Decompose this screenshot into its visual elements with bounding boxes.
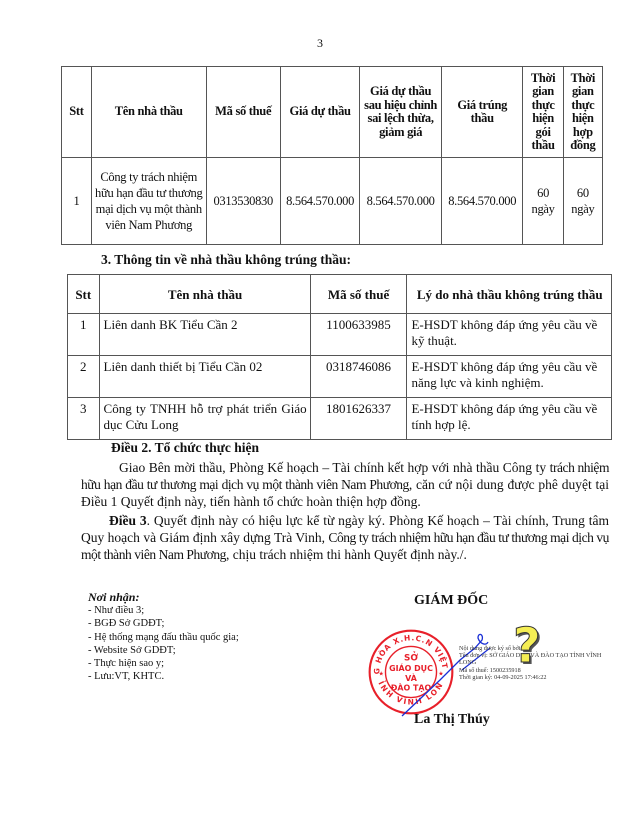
signer-name: La Thị Thúy <box>414 712 490 728</box>
col-header-winning-price: Giá trúng thầu <box>441 67 523 158</box>
col-header-name: Tên nhà thầu <box>91 67 206 158</box>
winning-bidder-table: Stt Tên nhà thầu Mã số thuế Giá dự thầu … <box>61 66 603 245</box>
recipient-item: - Hệ thống mạng đấu thầu quốc gia; <box>88 631 239 644</box>
recipients-list: Nơi nhận: - Như điều 3; - BGĐ Sở GDĐT; -… <box>88 591 239 683</box>
table-header-row: Stt Tên nhà thầu Mã số thuế Giá dự thầu … <box>62 67 603 158</box>
section-heading: 3. Thông tin về nhà thầu không trúng thầ… <box>101 252 351 268</box>
cell-stt: 2 <box>68 356 100 398</box>
cell-tax-code: 0318746086 <box>310 356 407 398</box>
recipient-item: - Như điều 3; <box>88 604 239 617</box>
svg-text:★: ★ <box>378 671 384 678</box>
losing-bidders-table: Stt Tên nhà thầu Mã số thuế Lý do nhà th… <box>67 274 612 440</box>
col-header-stt: Stt <box>68 275 100 314</box>
recipient-item: - Lưu:VT, KHTC. <box>88 670 239 683</box>
recipients-title: Nơi nhận: <box>88 591 239 604</box>
col-header-adjusted-price: Giá dự thầu sau hiệu chỉnh sai lệch thừa… <box>360 67 442 158</box>
cell-tax-code: 1100633985 <box>310 314 407 356</box>
cell-reason: E-HSDT không đáp ứng yêu cầu về kỹ thuật… <box>407 314 612 356</box>
cell-contract-duration: 60 ngày <box>563 158 602 245</box>
sig-line-4: Thời gian ký: 04-09-2025 17:46:22 <box>459 674 617 681</box>
col-header-reason: Lý do nhà thầu không trúng thầu <box>407 275 612 314</box>
table-row: 2 Liên danh thiết bị Tiểu Cần 02 0318746… <box>68 356 612 398</box>
cell-reason: E-HSDT không đáp ứng yêu cầu về năng lực… <box>407 356 612 398</box>
cell-name: Liên danh thiết bị Tiểu Cần 02 <box>99 356 310 398</box>
cell-reason: E-HSDT không đáp ứng yêu cầu về tính hợp… <box>407 398 612 440</box>
cell-name: Công ty trách nhiệm hữu hạn đầu tư thươn… <box>91 158 206 245</box>
article-2-body: Giao Bên mời thầu, Phòng Kế hoạch – Tài … <box>81 459 609 510</box>
col-header-tax-code: Mã số thuế <box>206 67 280 158</box>
cell-stt: 1 <box>62 158 92 245</box>
cell-package-duration: 60 ngày <box>523 158 563 245</box>
cell-name: Liên danh BK Tiểu Cần 2 <box>99 314 310 356</box>
col-header-tax-code: Mã số thuế <box>310 275 407 314</box>
col-header-contract-duration: Thời gian thực hiện hợp đồng <box>563 67 602 158</box>
table-row: 1 Liên danh BK Tiểu Cần 2 1100633985 E-H… <box>68 314 612 356</box>
cell-tax-code: 1801626337 <box>310 398 407 440</box>
table-header-row: Stt Tên nhà thầu Mã số thuế Lý do nhà th… <box>68 275 612 314</box>
table-row: 1 Công ty trách nhiệm hữu hạn đầu tư thư… <box>62 158 603 245</box>
article-2-title: Điều 2. Tổ chức thực hiện <box>111 440 259 456</box>
cell-name: Công ty TNHH hỗ trợ phát triển Giáo dục … <box>99 398 310 440</box>
article-3-label: Điều 3 <box>109 513 147 528</box>
recipient-item: - Website Sở GDĐT; <box>88 644 239 657</box>
article-3-body: Điều 3. Quyết định này có hiệu lực kể từ… <box>81 512 609 563</box>
article-2-text-1: Giao Bên mời thầu, Phòng Kế hoạch – Tài … <box>119 460 550 475</box>
col-header-stt: Stt <box>62 67 92 158</box>
recipient-item: - Thực hiện sao y; <box>88 657 239 670</box>
cell-bid-price: 8.564.570.000 <box>280 158 359 245</box>
col-header-name: Tên nhà thầu <box>99 275 310 314</box>
cell-stt: 1 <box>68 314 100 356</box>
signer-position: GIÁM ĐỐC <box>414 593 488 609</box>
cell-tax-code: 0313530830 <box>206 158 280 245</box>
cell-stt: 3 <box>68 398 100 440</box>
recipient-item: - BGĐ Sở GDĐT; <box>88 617 239 630</box>
col-header-package-duration: Thời gian thực hiện gói thầu <box>523 67 563 158</box>
page-number: 3 <box>0 36 640 51</box>
col-header-bid-price: Giá dự thầu <box>280 67 359 158</box>
cell-winning-price: 8.564.570.000 <box>441 158 523 245</box>
cell-adjusted-price: 8.564.570.000 <box>360 158 442 245</box>
article-3-text-3: , chịu trách nhiệm thi hành Quyết định n… <box>226 547 467 562</box>
table-row: 3 Công ty TNHH hỗ trợ phát triển Giáo dụ… <box>68 398 612 440</box>
unverified-question-icon[interactable]: ? <box>513 622 541 670</box>
